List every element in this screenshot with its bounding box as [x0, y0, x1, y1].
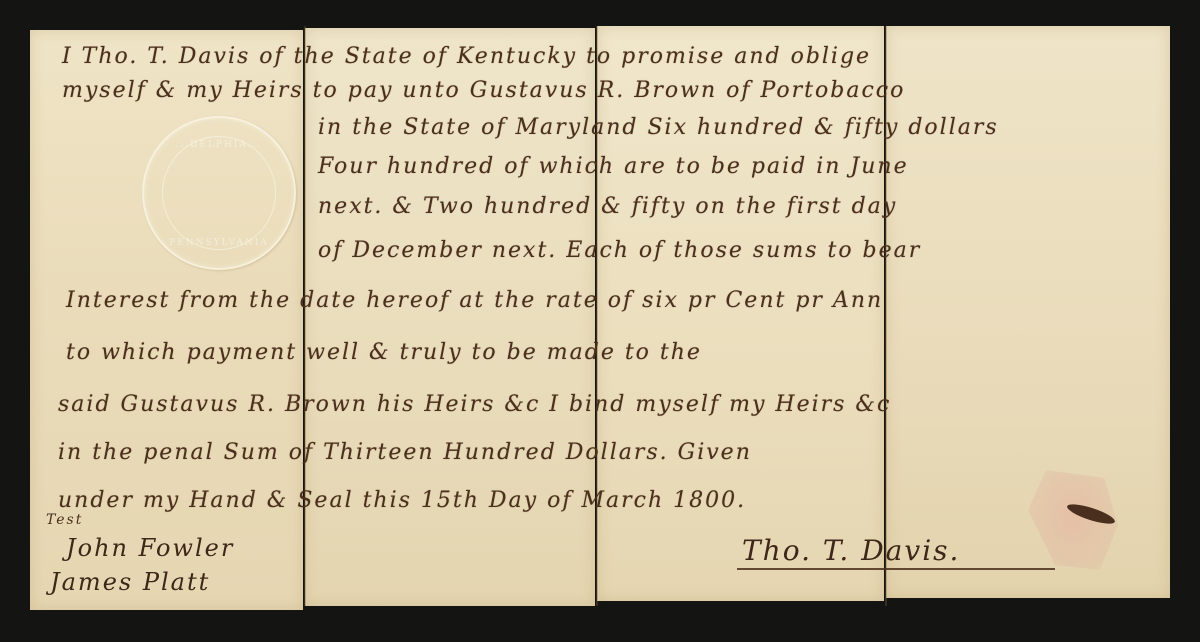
- body-line-3: in the State of Maryland Six hundred & f…: [318, 115, 999, 140]
- signature-underline: [737, 568, 1055, 570]
- body-line-10: in the penal Sum of Thirteen Hundred Dol…: [58, 440, 752, 465]
- body-line-2: myself & my Heirs to pay unto Gustavus R…: [62, 78, 905, 103]
- body-line-8: to which payment well & truly to be made…: [66, 340, 702, 365]
- body-line-7: Interest from the date hereof at the rat…: [66, 288, 883, 313]
- witness-signature-1: John Fowler: [66, 534, 234, 562]
- witness-label: Test: [46, 512, 83, 528]
- witness-signature-2: James Platt: [50, 568, 210, 596]
- principal-signature: Tho. T. Davis.: [742, 534, 960, 567]
- body-line-5: next. & Two hundred & fifty on the first…: [318, 194, 897, 219]
- body-line-9: said Gustavus R. Brown his Heirs &c I bi…: [58, 392, 891, 417]
- body-line-11: under my Hand & Seal this 15th Day of Ma…: [58, 488, 746, 513]
- body-line-4: Four hundred of which are to be paid in …: [318, 154, 909, 179]
- body-line-1: I Tho. T. Davis of the State of Kentucky…: [62, 44, 871, 69]
- handwritten-text: I Tho. T. Davis of the State of Kentucky…: [0, 0, 1200, 642]
- body-line-6: of December next. Each of those sums to …: [318, 238, 921, 263]
